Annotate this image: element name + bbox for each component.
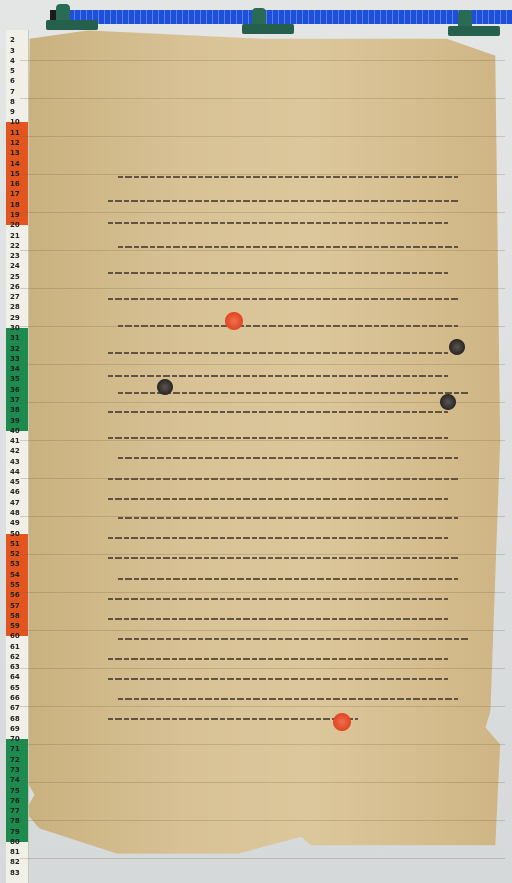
ruler-tick-label: 47 [10, 499, 20, 507]
script-line [118, 638, 468, 640]
script-line [118, 578, 458, 580]
ruler-tick-label: 71 [10, 745, 20, 753]
ruler-tick-label: 66 [10, 694, 20, 702]
fold-crease [20, 630, 505, 631]
script-line [118, 457, 458, 459]
ruler-tick-label: 30 [10, 324, 20, 332]
ruler-tick-label: 70 [10, 735, 20, 743]
ruler-tick-label: 53 [10, 560, 20, 568]
ruler-tick-label: 42 [10, 447, 20, 455]
script-line [108, 498, 448, 500]
ruler-tick-label: 78 [10, 817, 20, 825]
ruler-tick-label: 15 [10, 170, 20, 178]
ruler-tick-label: 14 [10, 160, 20, 168]
fold-crease [20, 98, 505, 99]
fold-crease [20, 592, 505, 593]
top-measuring-tape [50, 10, 512, 24]
ruler-tick-label: 40 [10, 427, 20, 435]
fold-crease [20, 212, 505, 213]
ruler-tick-label: 5 [10, 67, 15, 75]
fold-crease [20, 136, 505, 137]
ruler-tick-label: 74 [10, 776, 20, 784]
ruler-tick-label: 65 [10, 684, 20, 692]
ruler-tick-label: 4 [10, 57, 15, 65]
ruler-tick-label: 39 [10, 417, 20, 425]
ruler-tick-label: 12 [10, 139, 20, 147]
ruler-tick-label: 18 [10, 201, 20, 209]
tape-ticks [50, 10, 512, 24]
ruler-tick-label: 48 [10, 509, 20, 517]
script-line [108, 618, 448, 620]
script-line [108, 557, 458, 559]
ruler-tick-label: 64 [10, 673, 20, 681]
script-line [108, 437, 448, 439]
ruler-tick-label: 56 [10, 591, 20, 599]
script-line [108, 272, 448, 274]
ruler-tick-label: 37 [10, 396, 20, 404]
script-line [108, 352, 448, 354]
ruler-tick-label: 19 [10, 211, 20, 219]
ruler-tick-label: 26 [10, 283, 20, 291]
ruler-tick-label: 41 [10, 437, 20, 445]
ruler-tick-label: 75 [10, 787, 20, 795]
ruler-tick-label: 79 [10, 828, 20, 836]
fold-crease [20, 364, 505, 365]
ruler-tick-label: 77 [10, 807, 20, 815]
ruler-tick-label: 43 [10, 458, 20, 466]
black-seal [157, 379, 173, 395]
fold-crease [20, 744, 505, 745]
black-seal [440, 394, 456, 410]
fold-crease [20, 288, 505, 289]
ruler-tick-label: 20 [10, 221, 20, 229]
ruler-tick-label: 31 [10, 334, 20, 342]
ruler-tick-label: 54 [10, 571, 20, 579]
ruler-tick-label: 32 [10, 345, 20, 353]
red-seal [333, 713, 351, 731]
side-measuring-ruler: 2345678910111213141516171819202122232425… [6, 30, 29, 883]
ruler-tick-label: 21 [10, 232, 20, 240]
ruler-tick-label: 6 [10, 77, 15, 85]
ruler-tick-label: 76 [10, 797, 20, 805]
ruler-tick-label: 28 [10, 303, 20, 311]
ruler-tick-label: 67 [10, 704, 20, 712]
ruler-tick-label: 45 [10, 478, 20, 486]
ruler-tick-label: 59 [10, 622, 20, 630]
manuscript-paper [20, 22, 505, 862]
ruler-tick-label: 24 [10, 262, 20, 270]
fold-crease [20, 174, 505, 175]
ruler-tick-label: 58 [10, 612, 20, 620]
ruler-tick-label: 55 [10, 581, 20, 589]
script-line [108, 375, 448, 377]
ruler-tick-label: 8 [10, 98, 15, 106]
ruler-tick-label: 49 [10, 519, 20, 527]
ruler-tick-label: 13 [10, 149, 20, 157]
ruler-tick-label: 72 [10, 756, 20, 764]
ruler-tick-label: 34 [10, 365, 20, 373]
ruler-tick-label: 25 [10, 273, 20, 281]
ruler-tick-label: 83 [10, 869, 20, 877]
ruler-tick-label: 27 [10, 293, 20, 301]
fold-crease [20, 60, 505, 61]
fold-crease [20, 326, 505, 327]
ruler-tick-label: 63 [10, 663, 20, 671]
fold-crease [20, 440, 505, 441]
fold-crease [20, 668, 505, 669]
ruler-tick-label: 33 [10, 355, 20, 363]
ruler-tick-label: 35 [10, 375, 20, 383]
ruler-tick-label: 17 [10, 190, 20, 198]
ruler-tick-label: 9 [10, 108, 15, 116]
ruler-tick-label: 73 [10, 766, 20, 774]
red-seal [225, 312, 243, 330]
fold-crease [20, 858, 505, 859]
ruler-tick-label: 61 [10, 643, 20, 651]
script-line [108, 678, 448, 680]
script-line [108, 222, 448, 224]
script-line [108, 537, 448, 539]
script-line [118, 517, 458, 519]
script-line [118, 698, 458, 700]
ruler-tick-label: 29 [10, 314, 20, 322]
ruler-tick-label: 81 [10, 848, 20, 856]
fold-crease [20, 250, 505, 251]
fold-crease [20, 554, 505, 555]
ruler-tick-label: 82 [10, 858, 20, 866]
ruler-tick-label: 2 [10, 36, 15, 44]
ruler-tick-label: 52 [10, 550, 20, 558]
ruler-tick-label: 57 [10, 602, 20, 610]
ruler-tick-label: 38 [10, 406, 20, 414]
fold-crease [20, 478, 505, 479]
ruler-tick-label: 22 [10, 242, 20, 250]
ruler-tick-label: 7 [10, 88, 15, 96]
ruler-tick-label: 62 [10, 653, 20, 661]
script-line [108, 200, 458, 202]
fold-crease [20, 402, 505, 403]
script-line [108, 598, 448, 600]
ruler-tick-label: 51 [10, 540, 20, 548]
ruler-tick-label: 80 [10, 838, 20, 846]
ruler-tick-label: 46 [10, 488, 20, 496]
script-line [108, 298, 458, 300]
ruler-tick-label: 23 [10, 252, 20, 260]
script-line [108, 718, 358, 720]
ruler-tick-label: 44 [10, 468, 20, 476]
fold-crease [20, 516, 505, 517]
ruler-tick-label: 16 [10, 180, 20, 188]
black-seal [449, 339, 465, 355]
ruler-tick-label: 69 [10, 725, 20, 733]
ruler-tick-label: 10 [10, 118, 20, 126]
ruler-tick-label: 60 [10, 632, 20, 640]
ruler-tick-label: 36 [10, 386, 20, 394]
fold-crease [20, 706, 505, 707]
script-line [108, 411, 448, 413]
ruler-tick-label: 68 [10, 715, 20, 723]
ruler-tick-label: 11 [10, 129, 20, 137]
ruler-tick-label: 3 [10, 47, 15, 55]
script-line [118, 176, 458, 178]
ruler-tick-label: 50 [10, 530, 20, 538]
fold-crease [20, 820, 505, 821]
script-line [108, 658, 448, 660]
script-line [118, 246, 458, 248]
fold-crease [20, 782, 505, 783]
